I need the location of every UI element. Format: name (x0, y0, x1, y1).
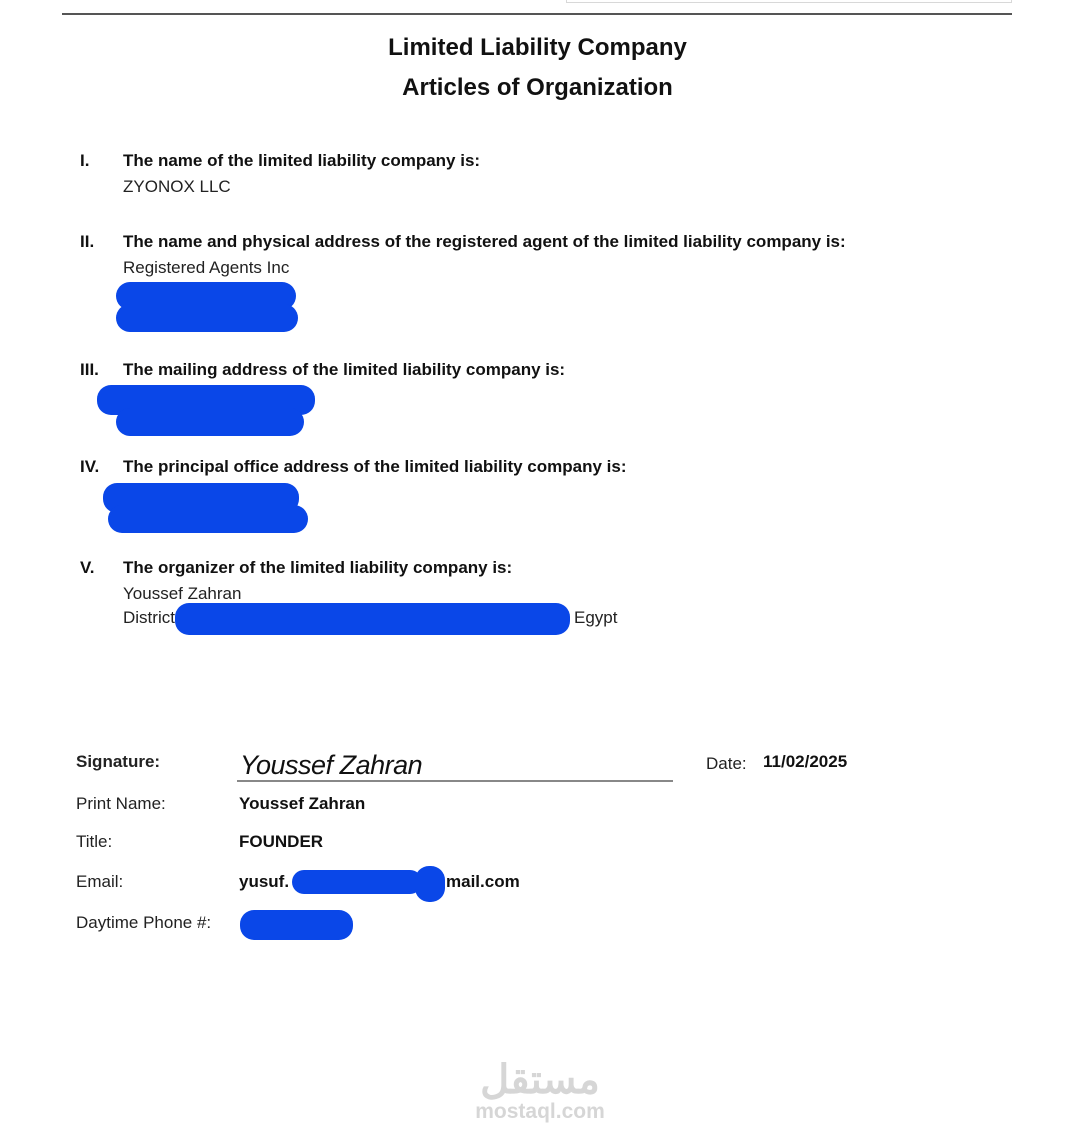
article-numeral: II. (80, 232, 94, 252)
watermark-latin: mostaql.com (440, 1100, 640, 1124)
organizer-address-prefix: District (123, 608, 175, 628)
signature-label: Signature: (76, 752, 160, 772)
redaction-mark (175, 603, 570, 635)
organizer-address-suffix: Egypt (574, 608, 617, 628)
redaction-mark (415, 866, 445, 902)
redaction-mark (116, 408, 304, 436)
mostaql-watermark: مستقل mostaql.com (440, 1060, 640, 1124)
article-heading: The organizer of the limited liability c… (123, 558, 512, 578)
article-numeral: IV. (80, 457, 99, 477)
article-numeral: V. (80, 558, 95, 578)
company-name: ZYONOX LLC (123, 177, 231, 197)
date-value: 11/02/2025 (763, 752, 847, 772)
redaction-mark (240, 910, 353, 940)
redaction-mark (292, 870, 422, 894)
document-subtitle: Articles of Organization (0, 74, 1075, 102)
title-label: Title: (76, 832, 112, 852)
article-heading: The name and physical address of the reg… (123, 232, 846, 252)
phone-label: Daytime Phone #: (76, 913, 211, 933)
registered-agent-name: Registered Agents Inc (123, 258, 289, 278)
date-label: Date: (706, 754, 747, 774)
watermark-arabic: مستقل (440, 1060, 640, 1100)
title-value: FOUNDER (239, 832, 323, 852)
article-heading: The principal office address of the limi… (123, 457, 627, 477)
top-input-edge (566, 0, 1012, 3)
print-name-value: Youssef Zahran (239, 794, 365, 814)
redaction-mark (116, 304, 298, 332)
email-label: Email: (76, 872, 123, 892)
header-divider (62, 13, 1012, 15)
article-heading: The name of the limited liability compan… (123, 151, 480, 171)
email-suffix: mail.com (446, 872, 520, 892)
organizer-name: Youssef Zahran (123, 584, 241, 604)
signature-line (237, 780, 673, 782)
article-heading: The mailing address of the limited liabi… (123, 360, 565, 380)
article-numeral: III. (80, 360, 99, 380)
print-name-label: Print Name: (76, 794, 166, 814)
email-prefix: yusuf. (239, 872, 289, 892)
document-title: Limited Liability Company (0, 34, 1075, 62)
redaction-mark (108, 505, 308, 533)
signature-value: Youssef Zahran (240, 750, 422, 781)
article-numeral: I. (80, 151, 89, 171)
